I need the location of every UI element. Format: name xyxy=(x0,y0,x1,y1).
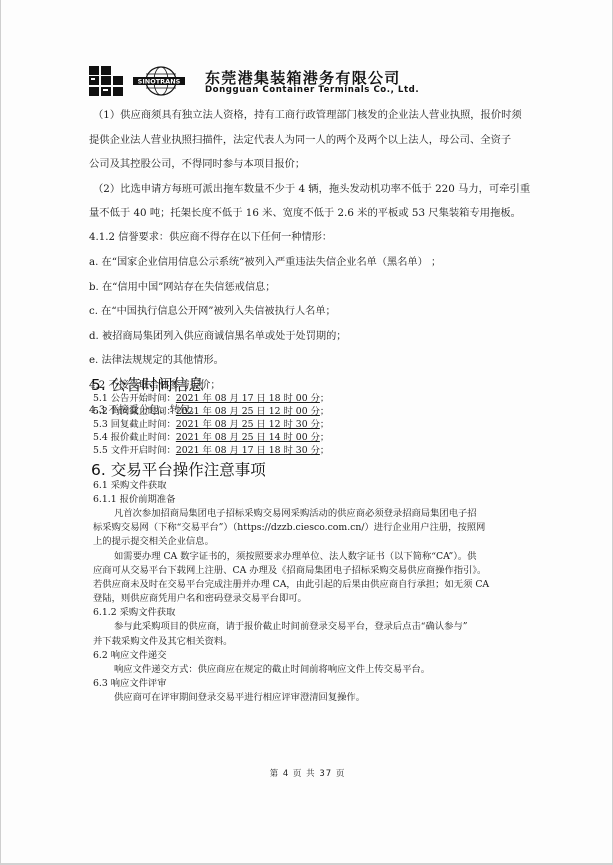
para-registration-3: 上的提示提交相关企业信息。 xyxy=(93,536,214,548)
subsection-6-1-2: 6.1.2 采购文件获取 xyxy=(93,607,175,619)
para-registration-1: 凡首次参加招商局集团电子招标采购交易网采购活动的供应商必须登录招商局集团电子招 xyxy=(114,508,477,520)
credit-item-b: b. 在“信用中国”网站存在失信惩戒信息； xyxy=(89,281,275,295)
para-registration-2: 标采购交易网（下称“交易平台”）（https://dzzb.ciesco.com… xyxy=(93,522,485,534)
credit-requirement-title: 4.1.2 信誉要求：供应商不得存在以下任何一种情形： xyxy=(89,231,332,245)
time-label: 5.4 报价截止时间： xyxy=(93,432,176,443)
para-ca-4: 登陆，则供应商凭用户名和密码登录交易平台即可。 xyxy=(93,593,307,605)
page-number: 第 4 页 共 37 页 xyxy=(1,767,613,779)
letterhead: SINOTRANS 东莞港集装箱港务有限公司 Dongguan Containe… xyxy=(89,64,529,98)
document-page: SINOTRANS 东莞港集装箱港务有限公司 Dongguan Containe… xyxy=(0,0,613,865)
para-submission: 响应文件递交方式：供应商应在规定的截止时间前将响应文件上传交易平台。 xyxy=(114,664,430,676)
time-value: 2021 年 08 月 25 日 12 时 00 分 xyxy=(176,406,320,417)
time-value: 2021 年 08 月 25 日 14 时 00 分 xyxy=(176,432,320,443)
credit-item-c: c. 在“中国执行信息公开网”被列入失信被执行人名单； xyxy=(89,305,336,319)
time-row-3: 5.3 回复截止时间：2021 年 08 月 25 日 12 时 30 分； xyxy=(93,419,329,431)
company-name-en: Dongguan Container Terminals Co., Ltd. xyxy=(205,85,419,95)
time-row-1: 5.1 公告开始时间：2021 年 08 月 17 日 18 时 00 分； xyxy=(93,393,329,405)
time-label: 5.1 公告开始时间： xyxy=(93,393,176,404)
sinotrans-logo-icon: SINOTRANS xyxy=(131,66,187,96)
time-label: 5.3 回复截止时间： xyxy=(93,419,176,430)
time-value: 2021 年 08 月 17 日 18 时 30 分 xyxy=(176,445,320,456)
subsection-6-1-1: 6.1.1 报价前期准备 xyxy=(93,494,175,506)
time-label: 5.5 文件开启时间： xyxy=(93,445,176,456)
para-ca-1: 如需要办理 CA 数字证书的，须按照要求办理单位、法人数字证书（以下简称“CA”… xyxy=(114,551,476,563)
credit-item-a: a. 在“国家企业信用信息公示系统”被列入严重违法失信企业名单（黑名单） ； xyxy=(89,256,441,270)
para-ca-2: 应商可从交易平台下载网上注册、CA 办理及《招商局集团电子招标采购交易供应商操作… xyxy=(93,565,486,577)
time-label: 5.2 询问截止时间： xyxy=(93,406,176,417)
time-row-5: 5.5 文件开启时间：2021 年 08 月 17 日 18 时 30 分； xyxy=(93,445,329,457)
para-ca-3: 若供应商未及时在交易平台完成注册并办理 CA，由此引起的后果由供应商自行承担；如… xyxy=(93,579,489,591)
para-review: 供应商可在评审期间登录交易平进行相应评审澄清回复操作。 xyxy=(114,692,365,704)
time-value: 2021 年 08 月 25 日 12 时 30 分 xyxy=(176,419,320,430)
subsection-6-1: 6.1 采购文件获取 xyxy=(93,480,167,492)
time-row-4: 5.4 报价截止时间：2021 年 08 月 25 日 14 时 00 分； xyxy=(93,432,329,444)
section-6-heading: 6. 交易平台操作注意事项 xyxy=(91,461,266,479)
subsection-6-3: 6.3 响应文件评审 xyxy=(93,678,167,690)
requirement-2-line-2: 量不低于 40 吨；托架长度不低于 16 米、宽度不低于 2.6 米的平板或 5… xyxy=(89,206,521,220)
section-5-heading: 5. 公告时间信息 xyxy=(91,376,204,394)
requirement-1-line-1: （1）供应商须具有独立法人资格，持有工商行政管理部门核发的企业法人营业执照，报价… xyxy=(93,108,522,122)
para-download-2: 并下载采购文件及其它相关资料。 xyxy=(93,636,232,648)
credit-item-e: e. 法律法规规定的其他情形。 xyxy=(89,354,224,368)
time-value: 2021 年 08 月 17 日 18 时 00 分 xyxy=(176,393,320,404)
china-merchants-logo-icon xyxy=(89,66,123,96)
credit-item-d: d. 被招商局集团列入供应商诚信黑名单或处于处罚期的； xyxy=(89,330,347,344)
subsection-6-2: 6.2 响应文件递交 xyxy=(93,650,167,662)
requirement-1-line-2: 提供企业法人营业执照扫描件，法定代表人为同一人的两个及两个以上法人，母公司、全资… xyxy=(89,133,511,147)
time-row-2: 5.2 询问截止时间：2021 年 08 月 25 日 12 时 00 分； xyxy=(93,406,329,418)
svg-text:SINOTRANS: SINOTRANS xyxy=(138,78,181,86)
requirement-1-line-3: 公司及其控股公司，不得同时参与本项目报价； xyxy=(89,157,305,171)
requirement-2-line-1: （2）比选申请方每班可派出拖车数量不少于 4 辆，拖头发动机功率不低于 220 … xyxy=(93,182,530,196)
para-download-1: 参与此采购项目的供应商，请于报价截止时间前登录交易平台，登录后点击“确认参与” xyxy=(114,621,468,633)
